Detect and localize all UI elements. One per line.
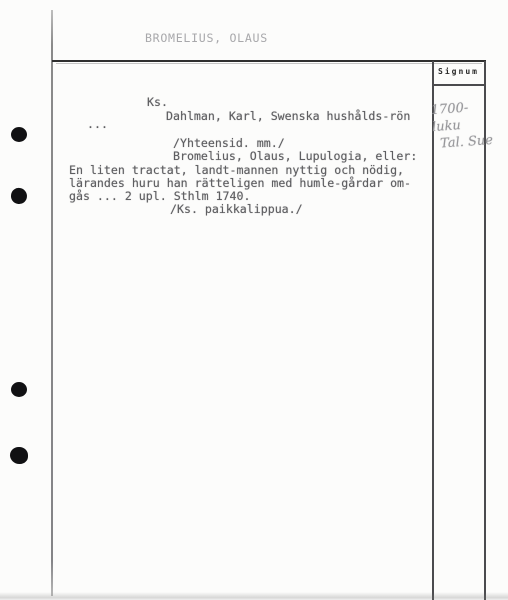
card-text-line: ... bbox=[87, 117, 108, 131]
card-text-line: lärandes huru han rätteligen med humle-g… bbox=[69, 176, 411, 190]
card-text-line: Dahlman, Karl, Swenska hushålds-rön bbox=[166, 109, 410, 123]
signum-handwritten-note: 1700-luku Tal. Sue bbox=[430, 98, 493, 153]
scan-bottom-edge-artifact bbox=[0, 592, 508, 600]
top-horizontal-rule bbox=[52, 60, 486, 62]
card-text-line: /Ks. paikkalippua./ bbox=[170, 202, 303, 216]
left-margin-rule bbox=[51, 10, 53, 596]
punch-hole-dot bbox=[11, 382, 27, 397]
card-text-line: En liten tractat, landt-mannen nyttig oc… bbox=[69, 163, 404, 177]
card-text-line: gås ... 2 upl. Sthlm 1740. bbox=[69, 189, 250, 203]
signum-header-bottom-rule bbox=[432, 84, 486, 86]
catalog-card-scan: BROMELIUS, OLAUS Signum 1700-luku Tal. S… bbox=[0, 0, 508, 600]
card-text-line: /Yhteensid. mm./ bbox=[173, 136, 285, 150]
card-text-line: Bromelius, Olaus, Lupulogia, eller: bbox=[173, 149, 417, 163]
punch-hole-dot bbox=[10, 447, 28, 464]
signum-column-label: Signum bbox=[432, 67, 485, 76]
top-rule-scan-shadow bbox=[56, 63, 482, 64]
punch-hole-dot bbox=[11, 127, 27, 142]
punch-hole-dot bbox=[10, 187, 28, 205]
signum-handwriting-line: 1700-luku bbox=[430, 98, 492, 136]
card-heading-author: BROMELIUS, OLAUS bbox=[145, 31, 268, 45]
card-text-line: Ks. bbox=[147, 95, 168, 109]
